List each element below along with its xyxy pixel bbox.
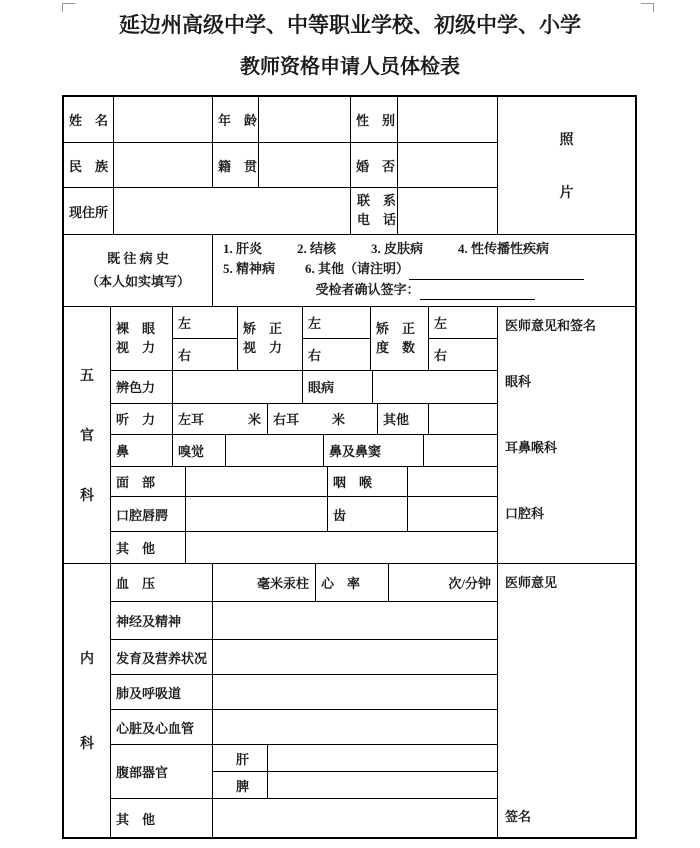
corrected-degree-left-cell[interactable]: 左 <box>429 307 497 339</box>
blood-pressure-row: 血 压 毫米汞柱 心 率 次/分钟 <box>111 564 498 602</box>
table-row: 现住所 联 系 电 话 <box>64 188 498 234</box>
document-page: { "title": { "line1": "延边州高级中学、中等职业学校、初级… <box>0 0 700 848</box>
internal-char1: 内 <box>80 648 94 668</box>
history-item-tuberculosis: 2. 结核 <box>297 239 336 259</box>
neuro-value-cell[interactable] <box>213 602 498 639</box>
left-ear-label: 左耳 <box>178 409 204 428</box>
right-ear-meter-unit: 米 <box>332 409 345 428</box>
gender-label: 性 别 <box>351 97 398 142</box>
naked-vision-line1: 裸 眼 <box>116 320 155 339</box>
ethnicity-value-cell[interactable] <box>114 143 213 188</box>
heart-rate-value-cell[interactable]: 次/分钟 <box>389 564 498 601</box>
naked-vision-label: 裸 眼 视 力 <box>111 307 173 370</box>
abdomen-organ-labels: 肝 脾 <box>213 745 268 798</box>
oral-value-cell[interactable] <box>186 497 328 531</box>
throat-value-cell[interactable] <box>408 467 498 497</box>
neuro-row: 神经及精神 <box>111 602 498 640</box>
native-place-value-cell[interactable] <box>259 143 351 188</box>
corrected-degree-line1: 矫 正 <box>376 320 415 339</box>
oral-row: 口腔唇腭 齿 <box>111 497 498 532</box>
phone-value-cell[interactable] <box>398 188 498 234</box>
abdomen-label: 腹部器官 <box>111 745 213 798</box>
table-row: 姓 名 年 龄 性 别 <box>64 97 498 143</box>
personal-info-grid: 姓 名 年 龄 性 别 民 族 籍 贯 婚 否 现住所 联 系 <box>64 97 498 234</box>
ethnicity-label: 民 族 <box>64 143 114 188</box>
nutrition-label: 发育及营养状况 <box>111 640 213 674</box>
nutrition-row: 发育及营养状况 <box>111 640 498 675</box>
smell-label: 嗅觉 <box>173 435 226 466</box>
naked-vision-line2: 视 力 <box>116 339 155 358</box>
five-sense-section: 五 官 科 裸 眼 视 力 左 右 矫 正 视 力 左 <box>64 307 635 564</box>
throat-label: 咽 喉 <box>328 467 408 497</box>
liver-label: 肝 <box>213 745 267 772</box>
examinee-signature-label: 受检者确认签字： <box>315 280 419 300</box>
internal-doctor-opinion-header: 医师意见 <box>505 572 557 591</box>
marital-label: 婚 否 <box>351 143 398 188</box>
medical-history-section: 既 往 病 史 （本人如实填写） 1. 肝炎 2. 结核 3. 皮肤病 4. 性… <box>64 235 635 307</box>
corrected-degree-label: 矫 正 度 数 <box>371 307 429 370</box>
five-sense-other-row: 其 他 <box>111 532 498 563</box>
right-ear-label: 右耳 <box>273 409 299 428</box>
name-value-cell[interactable] <box>114 97 213 142</box>
form-title-line1: 延边州高级中学、中等职业学校、初级中学、小学 <box>0 9 700 39</box>
physical-exam-form-table: 姓 名 年 龄 性 别 民 族 籍 贯 婚 否 现住所 联 系 <box>62 95 637 839</box>
abdomen-row: 腹部器官 肝 脾 <box>111 745 498 799</box>
contact-phone-label: 联 系 电 话 <box>351 188 398 234</box>
corrected-degree-right-cell[interactable]: 右 <box>429 339 497 370</box>
spleen-label: 脾 <box>213 772 267 798</box>
form-title-line2: 教师资格申请人员体检表 <box>0 50 700 79</box>
liver-value-cell[interactable] <box>268 745 497 772</box>
internal-char2: 科 <box>80 733 94 753</box>
history-other-fill-line[interactable] <box>409 264 584 280</box>
gender-value-cell[interactable] <box>398 97 498 142</box>
medical-history-label: 既 往 病 史 （本人如实填写） <box>64 235 213 306</box>
corrected-vision-left-cell[interactable]: 左 <box>303 307 370 339</box>
nutrition-value-cell[interactable] <box>213 640 498 674</box>
five-sense-other-label: 其 他 <box>111 532 186 563</box>
internal-doctor-column: 医师意见 签名 <box>498 564 635 837</box>
hearing-other-value-cell[interactable] <box>429 404 498 434</box>
history-subtitle: （本人如实填写） <box>86 271 190 293</box>
ent-department-label: 耳鼻喉科 <box>505 437 557 456</box>
heart-row: 心脏及心血管 <box>111 710 498 745</box>
contact-label-line1: 联 系 <box>357 192 396 211</box>
corrected-vision-line1: 矫 正 <box>243 320 282 339</box>
internal-vertical-label: 内 科 <box>64 564 111 837</box>
corrected-vision-right-cell[interactable]: 右 <box>303 339 370 370</box>
history-confirm-row: 受检者确认签字： <box>223 280 627 300</box>
heart-rate-label: 心 率 <box>316 564 389 601</box>
internal-sign-label: 签名 <box>505 806 531 825</box>
five-sense-grid: 裸 眼 视 力 左 右 矫 正 视 力 左 右 矫 正 度 数 <box>111 307 498 563</box>
teeth-value-cell[interactable] <box>408 497 498 531</box>
address-label: 现住所 <box>64 188 114 234</box>
age-label: 年 龄 <box>213 97 259 142</box>
neuro-label: 神经及精神 <box>111 602 213 639</box>
corrected-vision-label: 矫 正 视 力 <box>238 307 303 370</box>
corrected-vision-values: 左 右 <box>303 307 371 370</box>
spleen-value-cell[interactable] <box>268 772 497 798</box>
history-options-row2: 5. 精神病 6. 其他（请注明） <box>223 259 627 279</box>
color-vision-row: 辨色力 眼病 <box>111 371 498 404</box>
eye-department-label: 眼科 <box>505 371 531 390</box>
photo-label-char1: 照 <box>560 129 574 149</box>
corrected-degree-line2: 度 数 <box>376 339 415 358</box>
hearing-right-ear-cell[interactable]: 右耳 米 <box>268 404 378 434</box>
history-title: 既 往 病 史 <box>107 248 169 270</box>
heart-label: 心脏及心血管 <box>111 710 213 744</box>
eye-disease-value-cell[interactable] <box>373 371 498 403</box>
oral-label: 口腔唇腭 <box>111 497 186 531</box>
five-sense-char2: 官 <box>80 425 94 445</box>
five-sense-char3: 科 <box>80 485 94 505</box>
history-item-hepatitis: 1. 肝炎 <box>223 239 262 259</box>
corrected-vision-line2: 视 力 <box>243 339 282 358</box>
doctor-opinion-signature-header: 医师意见和签名 <box>505 315 596 334</box>
five-sense-char1: 五 <box>80 365 94 385</box>
dental-department-label: 口腔科 <box>505 503 544 522</box>
nose-sinus-label: 鼻及鼻窦 <box>324 435 424 466</box>
personal-info-section: 姓 名 年 龄 性 别 民 族 籍 贯 婚 否 现住所 联 系 <box>64 97 635 235</box>
photo-label-char2: 片 <box>560 182 574 202</box>
five-sense-other-value-cell[interactable] <box>186 532 498 563</box>
history-item-std: 4. 性传播性疾病 <box>458 239 549 259</box>
history-item-mental-illness: 5. 精神病 <box>223 259 275 279</box>
left-ear-meter-unit: 米 <box>248 409 261 428</box>
internal-other-label: 其 他 <box>111 799 213 837</box>
hr-unit-label: 次/分钟 <box>448 573 491 592</box>
address-value-cell[interactable] <box>114 188 351 234</box>
color-vision-label: 辨色力 <box>111 371 173 403</box>
history-options-row1: 1. 肝炎 2. 结核 3. 皮肤病 4. 性传播性疾病 <box>223 239 627 259</box>
bp-unit-label: 毫米汞柱 <box>257 573 309 592</box>
marital-value-cell[interactable] <box>398 143 498 188</box>
history-item-other: 6. 其他（请注明） <box>305 259 409 279</box>
lung-label: 肺及呼吸道 <box>111 675 213 709</box>
nose-label: 鼻 <box>111 435 173 466</box>
color-vision-value-cell[interactable] <box>173 371 303 403</box>
face-value-cell[interactable] <box>186 467 328 497</box>
hearing-label: 听 力 <box>111 404 173 434</box>
corrected-degree-values: 左 右 <box>429 307 498 370</box>
naked-vision-values: 左 右 <box>173 307 238 370</box>
abdomen-organ-values <box>268 745 498 798</box>
face-row: 面 部 咽 喉 <box>111 467 498 498</box>
vision-row: 裸 眼 视 力 左 右 矫 正 视 力 左 右 矫 正 度 数 <box>111 307 498 371</box>
blood-pressure-label: 血 压 <box>111 564 213 601</box>
native-place-label: 籍 贯 <box>213 143 259 188</box>
five-sense-doctor-column: 医师意见和签名 眼科 耳鼻喉科 口腔科 <box>498 307 635 563</box>
internal-medicine-section: 内 科 血 压 毫米汞柱 心 率 次/分钟 神经及精神 发育及营养状况 <box>64 564 635 837</box>
internal-other-row: 其 他 <box>111 799 498 837</box>
internal-other-value-cell[interactable] <box>213 799 498 837</box>
hearing-other-label: 其他 <box>378 404 429 434</box>
naked-vision-right-cell[interactable]: 右 <box>173 339 237 370</box>
naked-vision-left-cell[interactable]: 左 <box>173 307 237 339</box>
heart-value-cell[interactable] <box>213 710 498 744</box>
table-row: 民 族 籍 贯 婚 否 <box>64 143 498 189</box>
nose-row: 鼻 嗅觉 鼻及鼻窦 <box>111 435 498 467</box>
examinee-signature-line[interactable] <box>420 284 535 300</box>
nose-sinus-value-cell[interactable] <box>424 435 498 466</box>
age-value-cell[interactable] <box>259 97 351 142</box>
teeth-label: 齿 <box>328 497 408 531</box>
internal-grid: 血 压 毫米汞柱 心 率 次/分钟 神经及精神 发育及营养状况 肺及呼吸道 <box>111 564 498 837</box>
hearing-left-ear-cell[interactable]: 左耳 米 <box>173 404 268 434</box>
lung-value-cell[interactable] <box>213 675 498 709</box>
photo-area[interactable]: 照 片 <box>498 97 635 234</box>
lung-row: 肺及呼吸道 <box>111 675 498 710</box>
smell-value-cell[interactable] <box>226 435 324 466</box>
face-label: 面 部 <box>111 467 186 497</box>
name-label: 姓 名 <box>64 97 114 142</box>
history-item-skin-disease: 3. 皮肤病 <box>371 239 423 259</box>
five-sense-vertical-label: 五 官 科 <box>64 307 111 563</box>
eye-disease-label: 眼病 <box>303 371 373 403</box>
blood-pressure-value-cell[interactable]: 毫米汞柱 <box>213 564 316 601</box>
contact-label-line2: 电 话 <box>357 211 396 230</box>
hearing-row: 听 力 左耳 米 右耳 米 其他 <box>111 404 498 435</box>
medical-history-options: 1. 肝炎 2. 结核 3. 皮肤病 4. 性传播性疾病 5. 精神病 6. 其… <box>213 235 635 306</box>
